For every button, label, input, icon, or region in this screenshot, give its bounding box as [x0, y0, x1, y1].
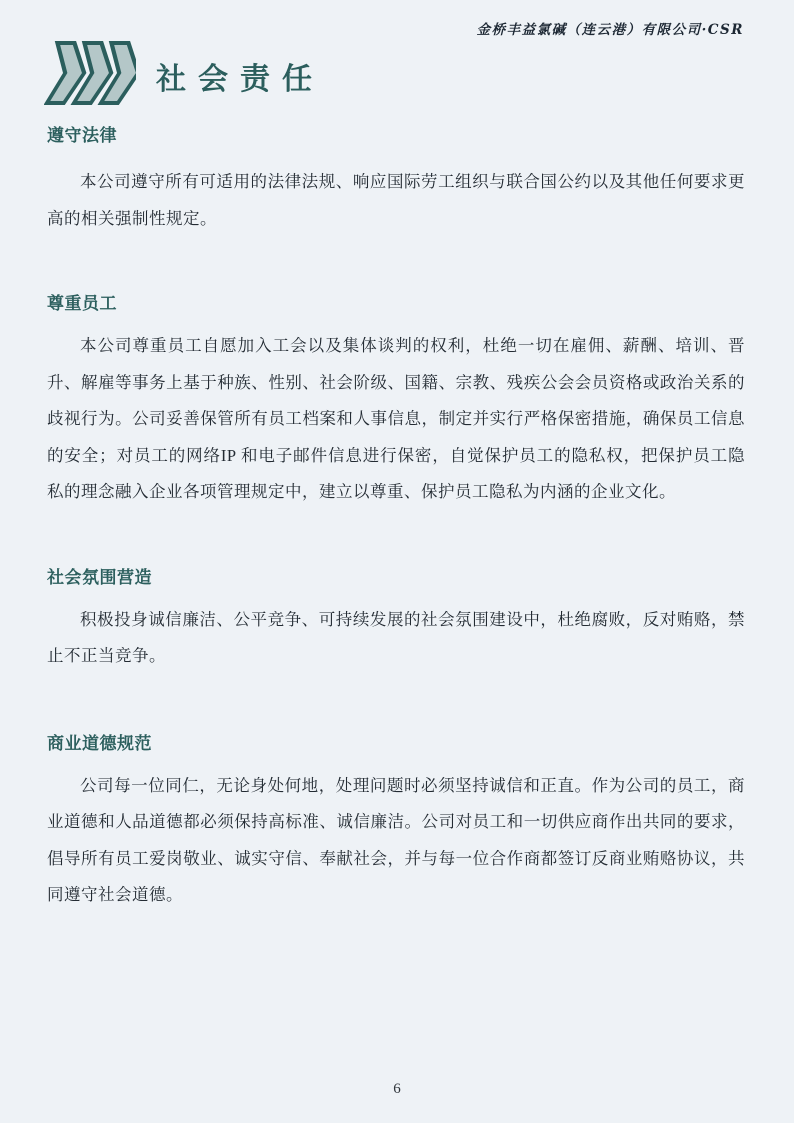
section-paragraph: 本公司尊重员工自愿加入工会以及集体谈判的权利，杜绝一切在雇佣、薪酬、培训、晋升、… — [47, 328, 745, 511]
section-heading: 尊重员工 — [47, 294, 745, 314]
document-body: 遵守法律 本公司遵守所有可适用的法律法规、响应国际劳工组织与联合国公约以及其他任… — [47, 0, 745, 914]
section-business-ethics: 商业道德规范 公司每一位同仁，无论身处何地，处理问题时必须坚持诚信和正直。作为公… — [47, 734, 745, 914]
section-social-atmosphere: 社会氛围营造 积极投身诚信廉洁、公平竞争、可持续发展的社会氛围建设中，杜绝腐败，… — [47, 568, 745, 675]
section-paragraph: 本公司遵守所有可适用的法律法规、响应国际劳工组织与联合国公约以及其他任何要求更高… — [47, 164, 745, 237]
section-heading: 社会氛围营造 — [47, 568, 745, 588]
section-heading: 遵守法律 — [47, 126, 745, 146]
section-paragraph: 公司每一位同仁，无论身处何地，处理问题时必须坚持诚信和正直。作为公司的员工，商业… — [47, 768, 745, 914]
document-page: 金桥丰益氯碱（连云港）有限公司·CSR 社会责任 遵守法律 本公司遵守所有可适用… — [0, 0, 794, 1123]
section-heading: 商业道德规范 — [47, 734, 745, 754]
section-comply-with-law: 遵守法律 本公司遵守所有可适用的法律法规、响应国际劳工组织与联合国公约以及其他任… — [47, 126, 745, 237]
section-respect-employees: 尊重员工 本公司尊重员工自愿加入工会以及集体谈判的权利，杜绝一切在雇佣、薪酬、培… — [47, 294, 745, 511]
page-number: 6 — [0, 1081, 794, 1098]
section-paragraph: 积极投身诚信廉洁、公平竞争、可持续发展的社会氛围建设中，杜绝腐败，反对贿赂，禁止… — [47, 602, 745, 675]
